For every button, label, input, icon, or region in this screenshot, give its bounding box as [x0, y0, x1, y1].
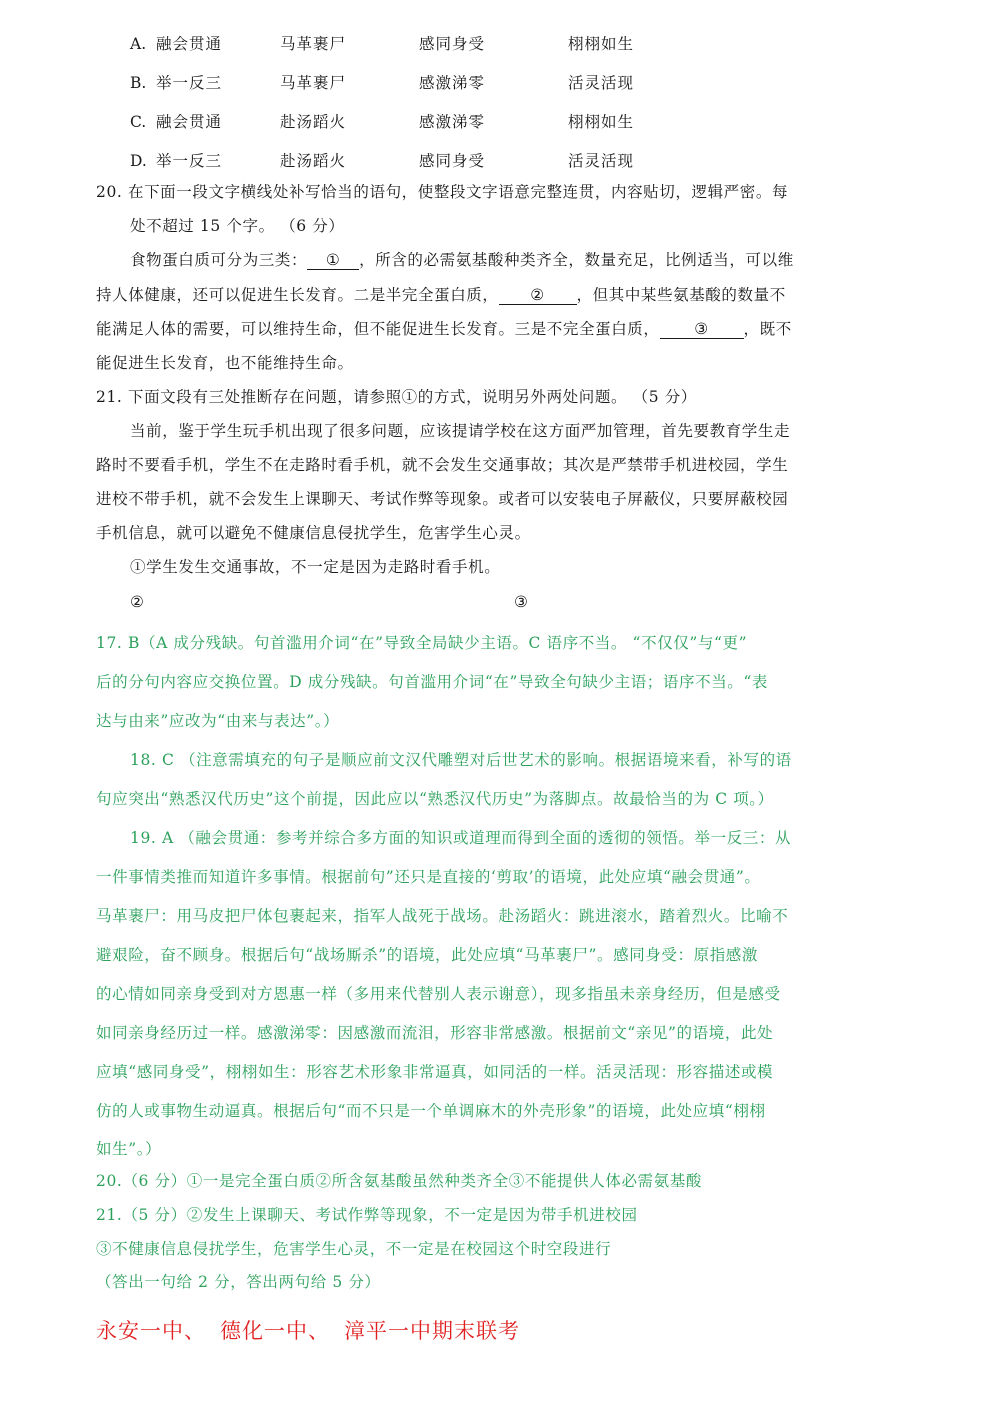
question-21-stem: 21. 下面文段有三处推断存在问题，请参照①的方式，说明另外两处问题。 （5 分… [96, 387, 846, 407]
passage-text: 食物蛋白质可分为三类： [130, 251, 307, 269]
option-idiom: 感激涕零 [419, 72, 485, 94]
passage-text: ，但其中某些氨基酸的数量不 [577, 286, 786, 304]
answer-19-line: 的心情如同亲身受到对方恩惠一样（多用来代替别人表示谢意），现多指虽未亲身经历，但… [96, 984, 846, 1004]
option-idiom: 融会贯通 [156, 111, 222, 133]
option-letter: C. [130, 111, 146, 133]
option-idiom: 栩栩如生 [568, 111, 634, 133]
answer-18-line: 句应突出“熟悉汉代历史”这个前提，因此应以“熟悉汉代历史”为落脚点。故最恰当的为… [96, 789, 846, 809]
answer-21-line: 21.（5 分）②发生上课聊天、考试作弊等现象，不一定是因为带手机进校园 [96, 1205, 846, 1225]
exam-name: 漳平一中期末联考 [344, 1319, 520, 1343]
question-20-stem: 20. 在下面一段文字横线处补写恰当的语句，使整段文字语意完整连贯，内容贴切，逻… [96, 182, 846, 202]
option-idiom: 马革裹尸 [280, 72, 346, 94]
fill-blank-3[interactable]: ③ [660, 320, 744, 339]
exam-title: 永安一中、德化一中、漳平一中期末联考 [96, 1318, 520, 1344]
question-20-passage-line: 能促进生长发育，也不能维持生命。 [96, 353, 846, 373]
answer-18-line: 18. C （注意需填充的句子是顺应前文汉代雕塑对后世艺术的影响。根据语境来看，… [130, 750, 846, 770]
fill-blank-1[interactable]: ① [307, 251, 359, 270]
option-letter: A. [130, 33, 146, 55]
answer-19-line: 马革裹尸：用马皮把尸体包裹起来，指军人战死于战场。赴汤蹈火：跳进滚水，踏着烈火。… [96, 906, 846, 926]
answer-17-line: 达与由来”应改为“由来与表达”。） [96, 711, 846, 731]
passage-text: ，所含的必需氨基酸种类齐全，数量充足，比例适当，可以维 [359, 251, 794, 269]
question-20-passage-line: 持人体健康，还可以促进生长发育。二是半完全蛋白质，②，但其中某些氨基酸的数量不 [96, 285, 846, 305]
document-page: A. 融会贯通 马革裹尸 感同身受 栩栩如生 B. 举一反三 马革裹尸 感激涕零… [0, 0, 992, 1403]
option-idiom: 赴汤蹈火 [280, 150, 346, 172]
question-21-passage-line: 进校不带手机，就不会发生上课聊天、考试作弊等现象。或者可以安装电子屏蔽仪，只要屏… [96, 489, 846, 509]
option-idiom: 举一反三 [156, 150, 222, 172]
option-idiom: 栩栩如生 [568, 33, 634, 55]
school-name: 永安一中、 [96, 1319, 206, 1343]
question-21-passage-line: 手机信息，就可以避免不健康信息侵扰学生，危害学生心灵。 [96, 523, 846, 543]
answer-19-line: 应填“感同身受”，栩栩如生：形容艺术形象非常逼真，如同活的一样。活灵活现：形容描… [96, 1062, 846, 1082]
option-idiom: 感激涕零 [419, 111, 485, 133]
option-idiom: 举一反三 [156, 72, 222, 94]
question-20-stem-cont: 处不超过 15 个字。 （6 分） [130, 216, 846, 236]
question-21-example: ①学生发生交通事故，不一定是因为走路时看手机。 [130, 557, 846, 577]
answer-19-line: 如生”。） [96, 1139, 846, 1159]
option-idiom: 感同身受 [419, 150, 485, 172]
answer-19-line: 19. A （融会贯通：参考并综合多方面的知识或道理而得到全面的透彻的领悟。举一… [130, 828, 846, 848]
option-letter: B. [130, 72, 146, 94]
answer-slot-2: ② [130, 592, 145, 612]
passage-text: 能满足人体的需要，可以维持生命，但不能促进生长发育。三是不完全蛋白质， [96, 320, 660, 338]
option-idiom: 赴汤蹈火 [280, 111, 346, 133]
answer-slot-3: ③ [514, 592, 529, 612]
answer-17-line: 17. B（A 成分残缺。句首滥用介词“在”导致全局缺少主语。C 语序不当。 “… [96, 633, 846, 653]
answer-17-line: 后的分句内容应交换位置。D 成分残缺。句首滥用介词“在”导致全句缺少主语；语序不… [96, 672, 846, 692]
question-21-passage-line: 路时不要看手机，学生不在走路时看手机，就不会发生交通事故；其次是严禁带手机进校园… [96, 455, 846, 475]
answer-19-line: 仿的人或事物生动逼真。根据后句“而不只是一个单调麻木的外壳形象”的语境，此处应填… [96, 1101, 846, 1121]
option-idiom: 活灵活现 [568, 150, 634, 172]
answer-21-line: ③不健康信息侵扰学生，危害学生心灵，不一定是在校园这个时空段进行 [96, 1239, 846, 1259]
answer-19-line: 避艰险，奋不顾身。根据后句“战场厮杀”的语境，此处应填“马革裹尸”。感同身受：原… [96, 945, 846, 965]
school-name: 德化一中、 [220, 1319, 330, 1343]
answer-21-scoring-note: （答出一句给 2 分，答出两句给 5 分） [96, 1272, 846, 1292]
option-letter: D. [130, 150, 147, 172]
answer-20: 20.（6 分）①一是完全蛋白质②所含氨基酸虽然种类齐全③不能提供人体必需氨基酸 [96, 1171, 846, 1191]
passage-text: ，既不 [744, 320, 792, 338]
question-21-passage-line: 当前，鉴于学生玩手机出现了很多问题，应该提请学校在这方面严加管理，首先要教育学生… [130, 421, 846, 441]
option-idiom: 活灵活现 [568, 72, 634, 94]
option-idiom: 马革裹尸 [280, 33, 346, 55]
question-20-passage-line: 食物蛋白质可分为三类：①，所含的必需氨基酸种类齐全，数量充足，比例适当，可以维 [130, 250, 846, 270]
option-idiom: 感同身受 [419, 33, 485, 55]
answer-19-line: 一件事情类推而知道许多事情。根据前句”还只是直接的‘剪取’的语境，此处应填“融会… [96, 867, 846, 887]
answer-19-line: 如同亲身经历过一样。感激涕零：因感激而流泪，形容非常感激。根据前文“亲见”的语境… [96, 1023, 846, 1043]
fill-blank-2[interactable]: ② [499, 286, 577, 305]
question-20-passage-line: 能满足人体的需要，可以维持生命，但不能促进生长发育。三是不完全蛋白质，③，既不 [96, 319, 846, 339]
option-idiom: 融会贯通 [156, 33, 222, 55]
passage-text: 持人体健康，还可以促进生长发育。二是半完全蛋白质， [96, 286, 499, 304]
